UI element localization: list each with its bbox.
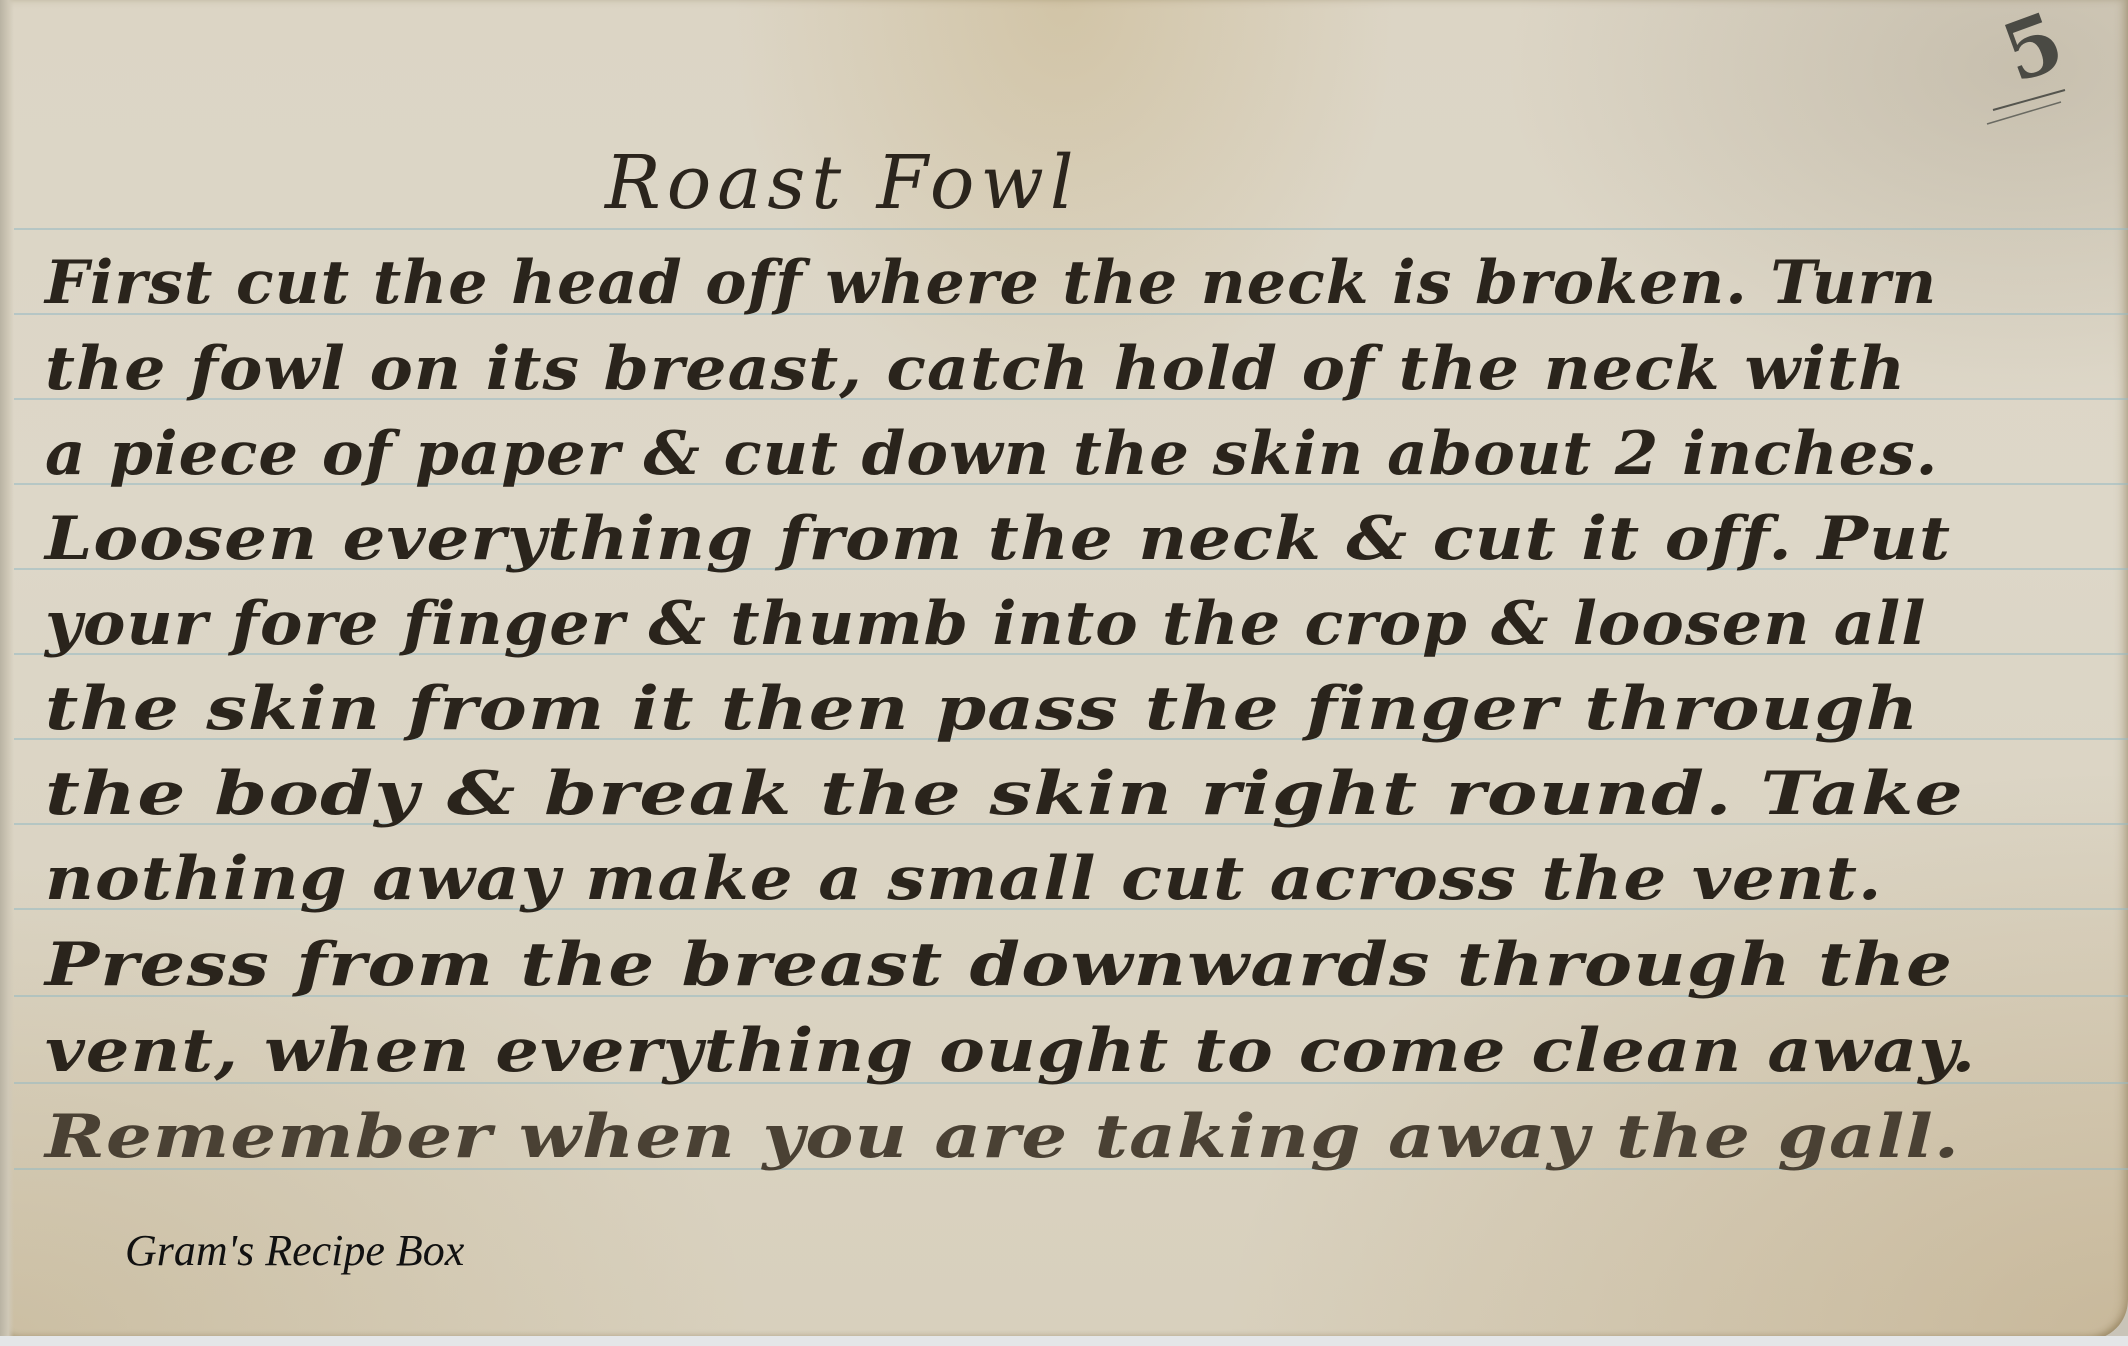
- recipe-line: Remember when you are taking away the ga…: [45, 1102, 1960, 1172]
- background-strip: [0, 1336, 2128, 1346]
- recipe-line: Loosen everything from the neck & cut it…: [45, 504, 1951, 574]
- recipe-title: Roast Fowl: [605, 140, 1079, 226]
- recipe-line: vent, when everything ought to come clea…: [45, 1016, 1976, 1086]
- recipe-line: the fowl on its breast, catch hold of th…: [45, 334, 1906, 404]
- recipe-line: a piece of paper & cut down the skin abo…: [45, 419, 1938, 489]
- recipe-line: Press from the breast downwards through …: [45, 930, 1953, 1000]
- recipe-line: your fore finger & thumb into the crop &…: [45, 589, 1926, 659]
- page-spine-edge: [0, 0, 14, 1340]
- recipe-line: nothing away make a small cut across the…: [45, 844, 1883, 914]
- page-number: 5: [1991, 0, 2075, 101]
- ruled-line: [14, 228, 2128, 230]
- page-number-underline-icon: [1985, 88, 2075, 128]
- notebook-page: 5 Roast Fowl First cut the head off wher…: [0, 0, 2128, 1340]
- recipe-line: the skin from it then pass the finger th…: [45, 674, 1919, 744]
- recipe-line: the body & break the skin right round. T…: [45, 759, 1964, 829]
- recipe-line: First cut the head off where the neck is…: [45, 248, 1937, 318]
- watermark-text: Gram's Recipe Box: [125, 1225, 464, 1276]
